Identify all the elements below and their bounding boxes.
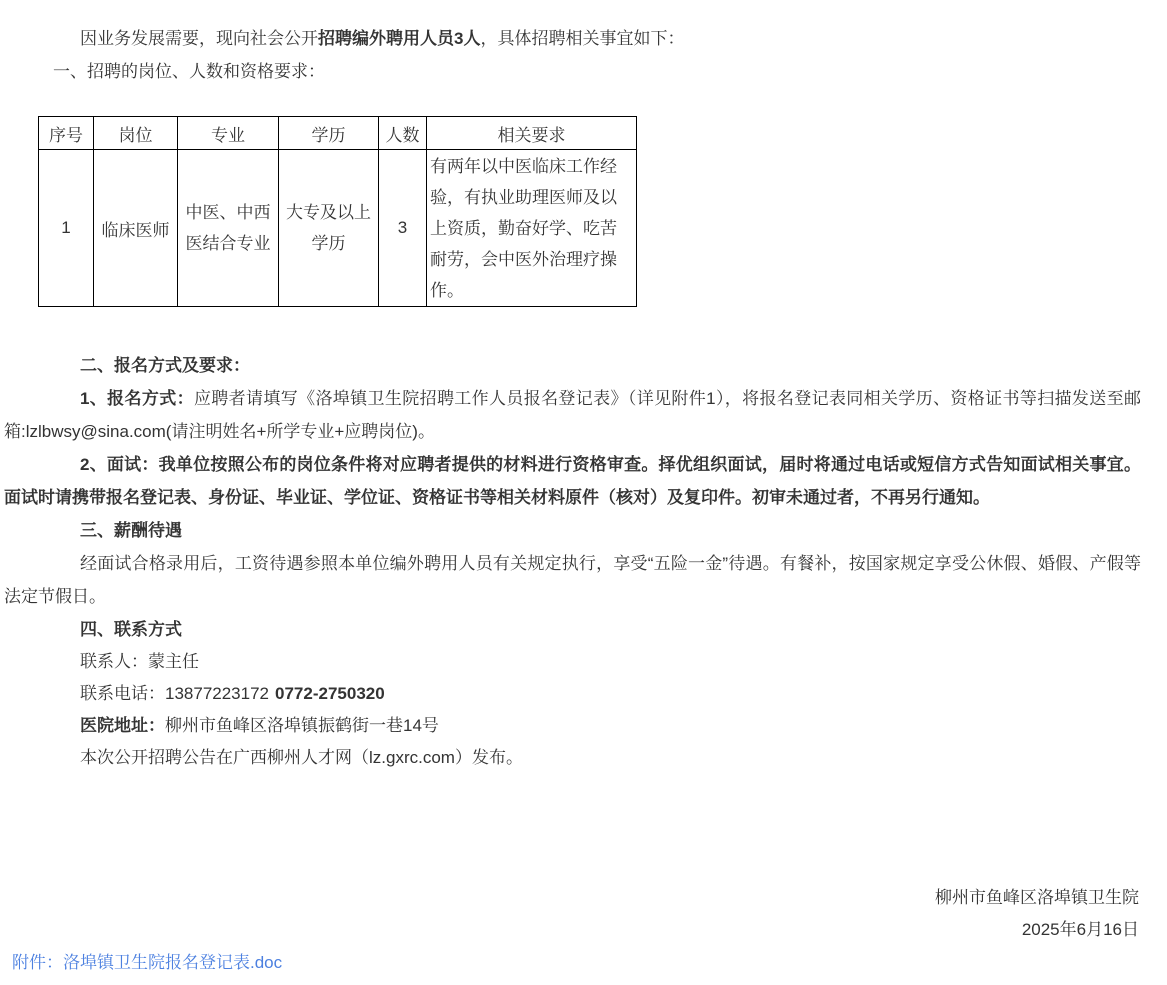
table-row: 1 临床医师 中医、中西医结合专业 大专及以上学历 3 有两年以中医临床工作经验…: [39, 150, 637, 307]
phone-number-2: 0772-2750320: [275, 684, 385, 703]
signature-block: 柳州市鱼峰区洛埠镇卫生院 2025年6月16日: [4, 882, 1141, 946]
recruitment-table: 序号 岗位 专业 学历 人数 相关要求 1 临床医师 中医、中西医结合专业 大专…: [38, 116, 637, 307]
cell-education: 大专及以上学历: [279, 150, 379, 307]
col-header-education: 学历: [279, 117, 379, 150]
cell-count: 3: [379, 150, 427, 307]
cell-position: 临床医师: [94, 150, 178, 307]
hospital-address-line: 医院地址：柳州市鱼峰区洛埠镇振鹤街一巷14号: [4, 710, 1141, 742]
contact-person-line: 联系人：蒙主任: [4, 646, 1141, 678]
col-header-seq: 序号: [39, 117, 94, 150]
section3-heading: 三、薪酬待遇: [4, 514, 1141, 547]
cell-major: 中医、中西医结合专业: [178, 150, 279, 307]
signature-org: 柳州市鱼峰区洛埠镇卫生院: [4, 882, 1139, 914]
interview-paragraph: 2、面试：我单位按照公布的岗位条件将对应聘者提供的材料进行资格审查。择优组织面试…: [4, 448, 1141, 514]
salary-paragraph: 经面试合格录用后，工资待遇参照本单位编外聘用人员有关规定执行，享受“五险一金”待…: [4, 547, 1141, 613]
cell-requirements: 有两年以中医临床工作经验，有执业助理医师及以上资质，勤奋好学、吃苦耐劳，会中医外…: [427, 150, 637, 307]
application-method-label: 1、报名方式：: [80, 389, 194, 408]
intro-paragraph: 因业务发展需要，现向社会公开招聘编外聘用人员3人，具体招聘相关事宜如下：: [4, 22, 1141, 55]
signature-date: 2025年6月16日: [4, 914, 1139, 946]
contact-phone-line: 联系电话：138772231720772-2750320: [4, 678, 1141, 710]
section4-heading: 四、联系方式: [4, 613, 1141, 646]
col-header-requirements: 相关要求: [427, 117, 637, 150]
intro-text-post: ，具体招聘相关事宜如下：: [480, 29, 684, 48]
col-header-major: 专业: [178, 117, 279, 150]
address-text: 柳州市鱼峰区洛埠镇振鹤街一巷14号: [165, 716, 439, 735]
phone-label: 联系电话：: [80, 684, 165, 703]
col-header-position: 岗位: [94, 117, 178, 150]
cell-seq: 1: [39, 150, 94, 307]
recruitment-announcement-document: 因业务发展需要，现向社会公开招聘编外聘用人员3人，具体招聘相关事宜如下： 一、招…: [0, 0, 1167, 980]
application-method-paragraph: 1、报名方式：应聘者请填写《洛埠镇卫生院招聘工作人员报名登记表》（详见附件1），…: [4, 382, 1141, 448]
address-label: 医院地址：: [80, 716, 165, 735]
section2-heading: 二、报名方式及要求：: [4, 349, 1141, 382]
intro-text-bold: 招聘编外聘用人员3人: [318, 29, 480, 48]
attachment-label: 附件：: [12, 953, 63, 972]
intro-text-pre: 因业务发展需要，现向社会公开: [80, 29, 318, 48]
phone-number-1: 13877223172: [165, 684, 269, 703]
publish-note-line: 本次公开招聘公告在广西柳州人才网（lz.gxrc.com）发布。: [4, 742, 1141, 774]
section1-heading: 一、招聘的岗位、人数和资格要求：: [4, 55, 1141, 88]
attachment-link[interactable]: 洛埠镇卫生院报名登记表.doc: [63, 953, 282, 972]
col-header-count: 人数: [379, 117, 427, 150]
table-header-row: 序号 岗位 专业 学历 人数 相关要求: [39, 117, 637, 150]
job-table-container: 序号 岗位 专业 学历 人数 相关要求 1 临床医师 中医、中西医结合专业 大专…: [38, 116, 1141, 307]
attachment-line: 附件：洛埠镇卫生院报名登记表.doc: [4, 946, 1141, 980]
